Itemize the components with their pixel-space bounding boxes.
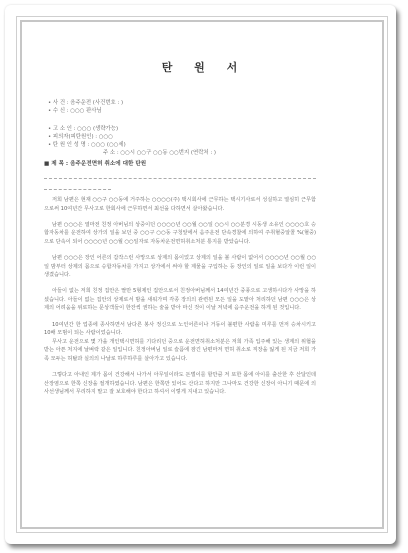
header-recipient: • 수 신 : ○○○ 판사님 [48, 108, 102, 115]
dashed-divider [44, 178, 316, 179]
header-case: • 사 건 : 음주운전 (사건번호 : ) [48, 100, 123, 107]
header-suspect: • 피의자(피탄원인) : ○○○ [48, 134, 113, 141]
body-paragraph: 저희 남편은 현재 ○○구 ○○동에 거주하는 ○○○○(주) 택시회사에 근무… [44, 196, 316, 213]
body-paragraph: 무사고 운전으로 몇 가을 개인택시면허를 기다리던 중으로 운전면허취소처분은… [44, 338, 316, 364]
body-paragraph: 남편 ○○○은 열마전 친정 아버님의 상중이던 ○○○○년 ○○월 ○○일 ○… [44, 221, 316, 247]
header-petitioner-address: 주 소 : ○○시 ○○구 ○○동 ○○번지 (연락처 : ) [103, 150, 216, 157]
body-paragraph: 그렇다고 아내인 제가 몸이 건강해서 나가서 아무일이라도 돈벌이를 할만큼 … [44, 371, 316, 397]
dashed-divider-short [44, 189, 111, 190]
header-petitioner-name: • 탄 원 인 성 명 : ○○○ (○○세) [48, 142, 126, 149]
document-body: 저희 남편은 현재 ○○구 ○○동에 거주하는 ○○○○(주) 택시회사에 근무… [44, 196, 316, 404]
document-subject: ■ 제 목 : 음주운전면허 취소에 대한 탄원 [44, 159, 146, 167]
document-title: 탄 원 서 [0, 59, 408, 75]
body-paragraph: 아들이 없는 저희 친정 집안은 딸만 5형제인 집안으로서 친정아버님께서 1… [44, 287, 316, 313]
body-paragraph: 남편 ○○○은 장인 어른의 갑작스런 사망으로 상제의 몸이었고 상제의 일을… [44, 254, 316, 280]
header-complainant: • 고 소 인 : ○○○ (생략가능) [48, 126, 118, 133]
body-paragraph: 10여년간 한 업종에 종사하면서 남다른 봉사 정신으로 노인어른이나 거동이… [44, 321, 316, 338]
